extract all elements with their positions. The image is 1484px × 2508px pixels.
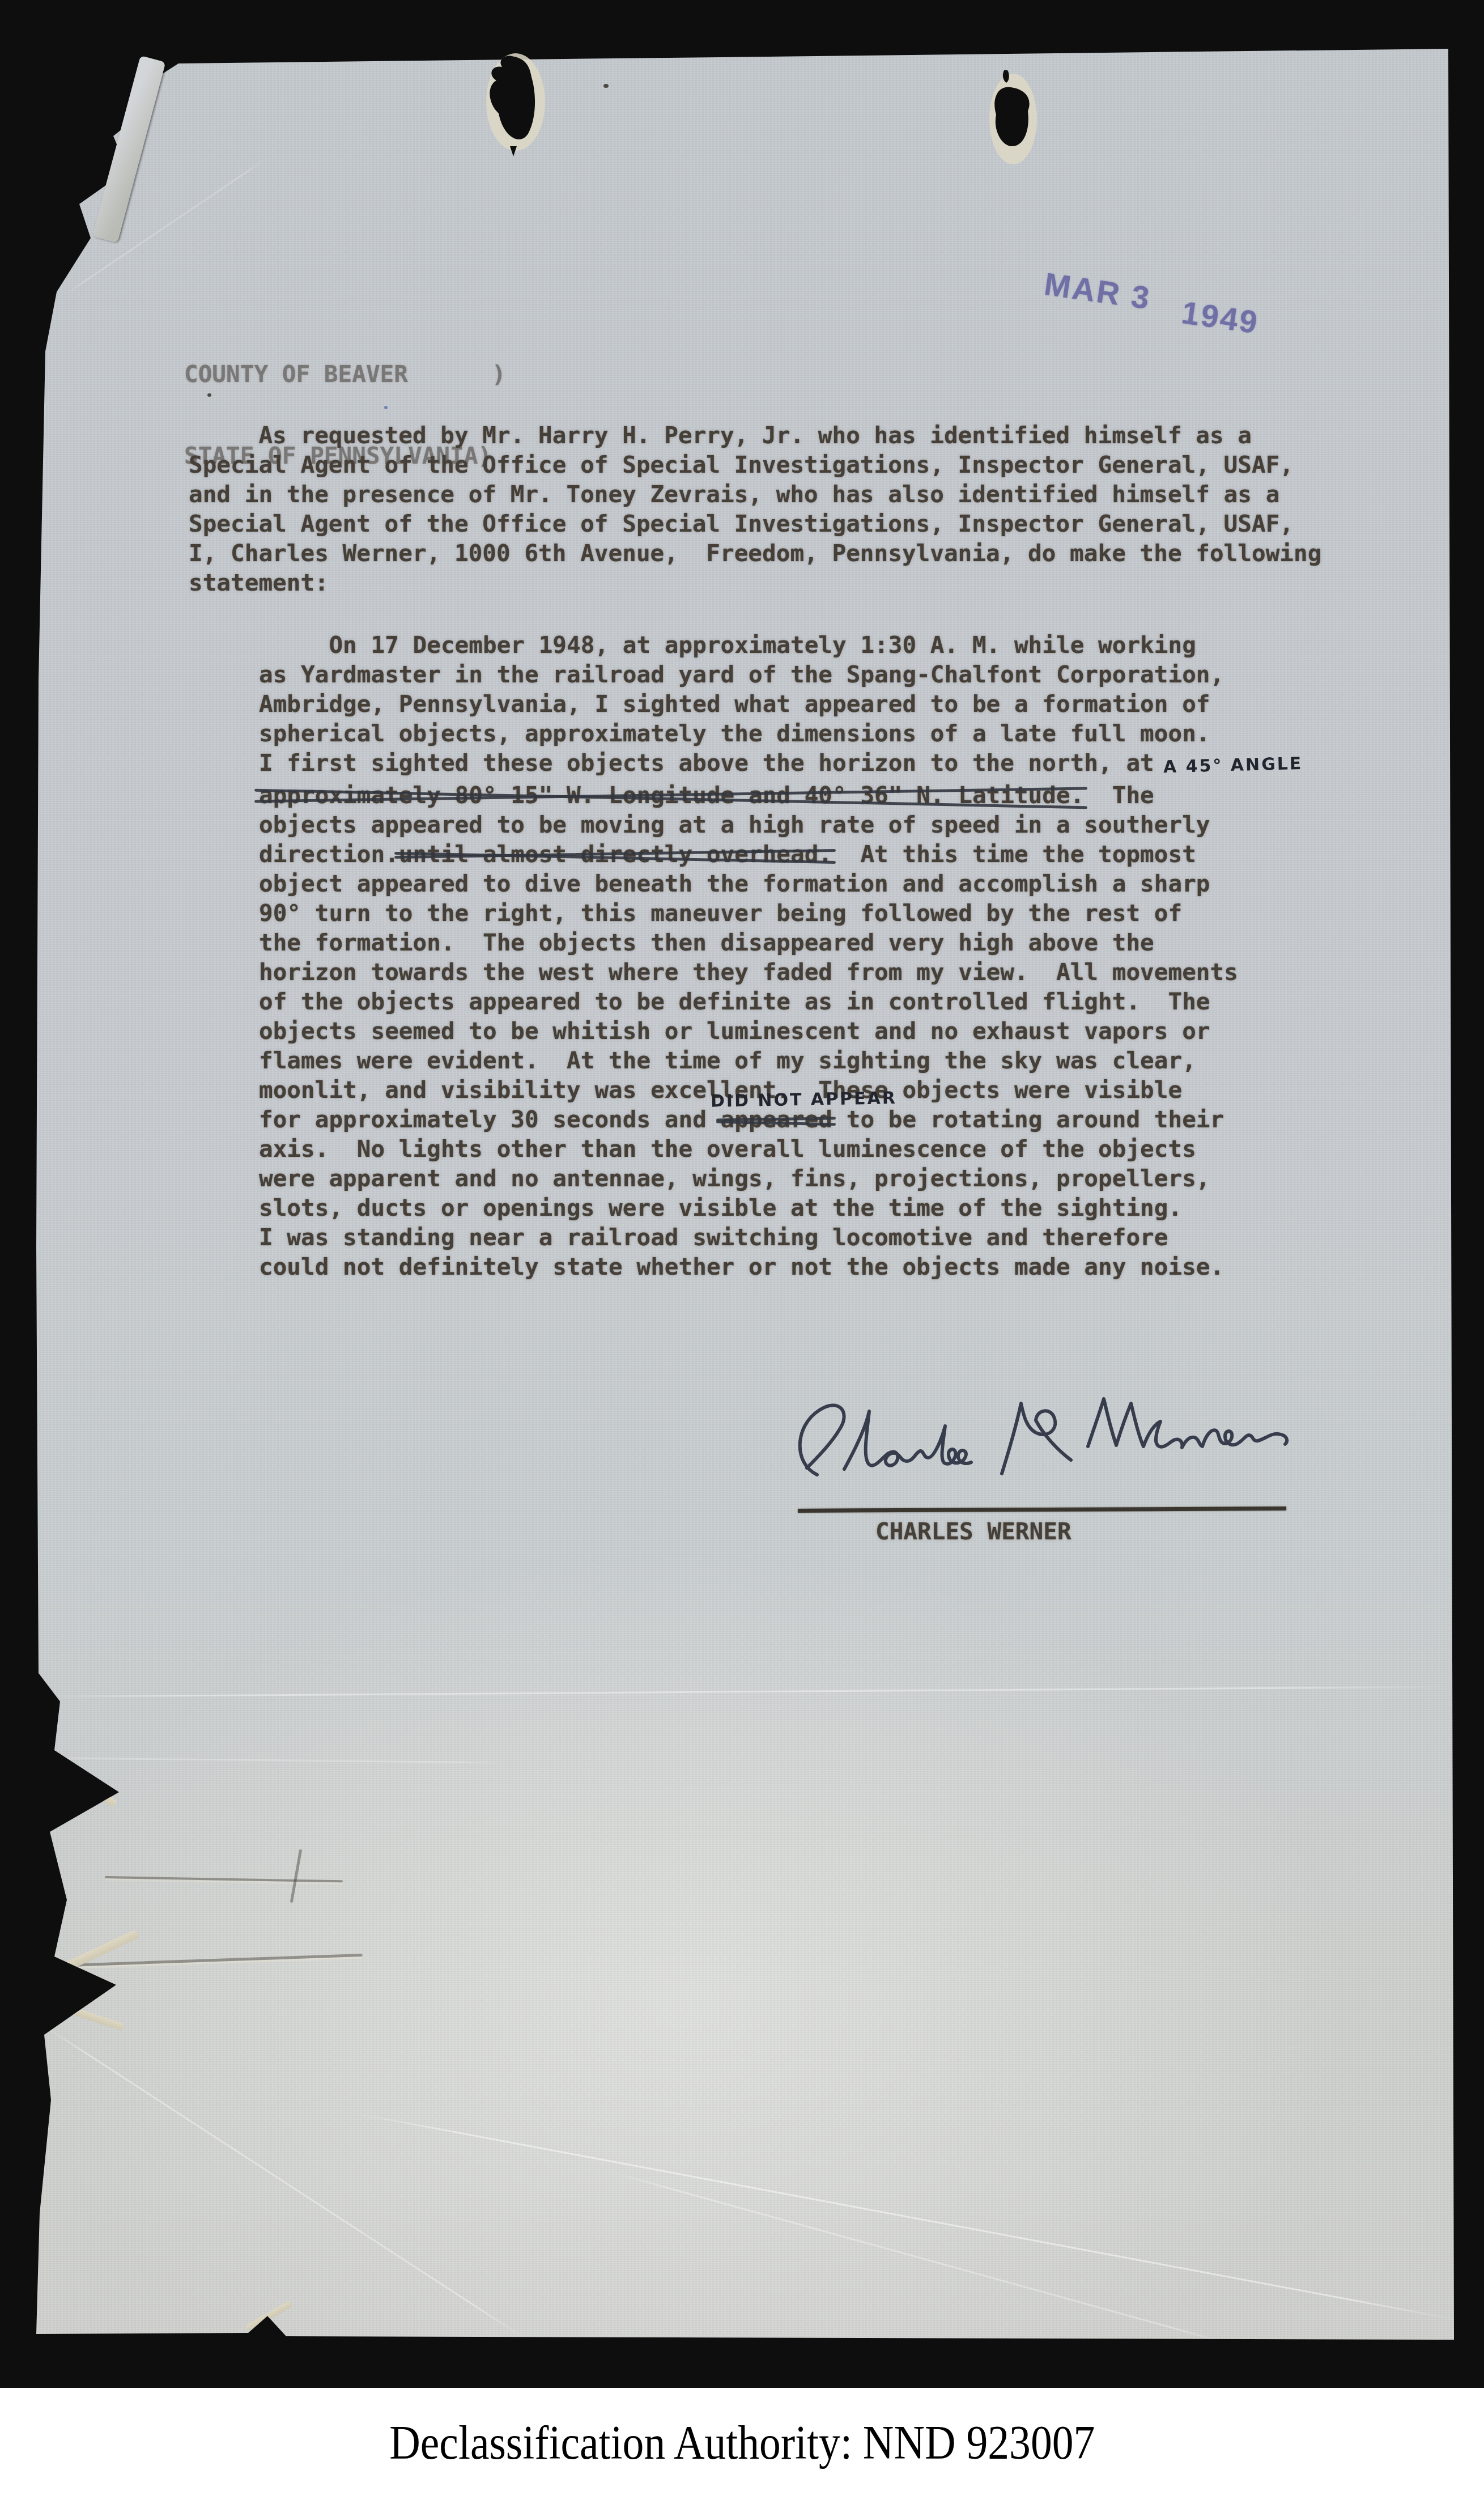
statement-line: objects seemed to be whitish or luminesc… — [259, 1016, 1303, 1046]
typed-text: flames were evident. At the time of my s… — [259, 1047, 1196, 1074]
crease-line — [609, 2171, 1232, 2345]
intro-line: Special Agent of the Office of Special I… — [189, 450, 1321, 479]
stamp-date: MAR 3 — [1042, 266, 1153, 316]
crease-line — [39, 2022, 525, 2339]
torn-edge-highlight — [245, 2300, 293, 2331]
statement-line: could not definitely state whether or no… — [259, 1252, 1303, 1281]
paper-speck — [603, 84, 609, 88]
crease-line — [63, 159, 266, 296]
statement-line: horizon towards the west where they fade… — [259, 957, 1303, 987]
struck-text: appearedDID NOT APPEAR — [721, 1105, 832, 1134]
statement-line: object appeared to dive beneath the form… — [259, 869, 1303, 898]
statement-line: objects appeared to be moving at a high … — [259, 810, 1303, 839]
statement-line: direction.until almost directly overhead… — [259, 839, 1303, 869]
intro-line: I, Charles Werner, 1000 6th Avenue, Free… — [189, 538, 1321, 568]
date-stamp: MAR 31949 — [1042, 265, 1262, 332]
statement-line: were apparent and no antennae, wings, fi… — [259, 1164, 1303, 1193]
typed-text: as Yardmaster in the railroad yard of th… — [259, 661, 1224, 688]
stamp-year: 1949 — [1180, 294, 1261, 340]
signature-typed-name: CHARLES WERNER — [875, 1517, 1071, 1546]
signature-script — [777, 1378, 1299, 1514]
statement-line: as Yardmaster in the railroad yard of th… — [259, 660, 1303, 689]
statement-paragraph: On 17 December 1948, at approximately 1:… — [259, 630, 1303, 1281]
typed-text: The — [1084, 782, 1154, 809]
typed-text: axis. No lights other than the overall l… — [259, 1135, 1196, 1162]
typed-text: slots, ducts or openings were visible at… — [259, 1194, 1182, 1221]
statement-line: Ambridge, Pennsylvania, I sighted what a… — [259, 689, 1303, 719]
handwritten-annotation: DID NOT APPEAR — [710, 1084, 897, 1117]
torn-edge-highlight — [53, 1759, 118, 1808]
typed-text: At this time the topmost — [832, 841, 1196, 868]
paper-sheet: COUNTY OF BEAVER ) STATE OF PENNSYLVANIA… — [0, 0, 1484, 2508]
declassification-caption: Declassification Authority: NND 923007 — [389, 2417, 1095, 2469]
ink-speck — [384, 406, 388, 409]
tear-crack — [105, 1876, 343, 1882]
statement-line: of the objects appeared to be definite a… — [259, 987, 1303, 1016]
typed-text: could not definitely state whether or no… — [259, 1253, 1224, 1280]
punch-hole — [481, 51, 554, 159]
torn-edge-highlight — [59, 1929, 140, 1974]
statement-line: flames were evident. At the time of my s… — [259, 1046, 1303, 1075]
typed-text: the formation. The objects then disappea… — [259, 929, 1154, 956]
statement-line: 90° turn to the right, this maneuver bei… — [259, 898, 1303, 928]
typed-text: direction. — [259, 841, 399, 868]
typed-text: I first sighted these objects above the … — [259, 749, 1154, 776]
tear-crack — [68, 1954, 363, 1967]
statement-line: spherical objects, approximately the dim… — [259, 719, 1303, 748]
crease-line — [40, 1686, 1445, 1698]
typed-text: horizon towards the west where they fade… — [259, 958, 1238, 986]
statement-line: the formation. The objects then disappea… — [259, 928, 1303, 957]
typed-text: object appeared to dive beneath the form… — [259, 870, 1210, 897]
typed-text: On 17 December 1948, at approximately 1:… — [259, 631, 1196, 659]
typed-text: spherical objects, approximately the dim… — [259, 720, 1210, 747]
intro-line: statement: — [189, 568, 1321, 597]
statement-line: approximately 80° 15" W. Longitude and 4… — [259, 780, 1303, 810]
typed-text: Ambridge, Pennsylvania, I sighted what a… — [259, 690, 1210, 718]
paper-speck — [207, 393, 211, 397]
typed-text: were apparent and no antennae, wings, fi… — [259, 1165, 1210, 1192]
statement-line: for approximately 30 seconds and appeare… — [259, 1105, 1303, 1134]
punch-hole — [979, 67, 1047, 169]
county-line: COUNTY OF BEAVER ) — [184, 360, 506, 388]
typed-text: objects seemed to be whitish or luminesc… — [259, 1017, 1210, 1045]
handwritten-annotation: A 45° ANGLE — [1163, 749, 1303, 782]
intro-line: As requested by Mr. Harry H. Perry, Jr. … — [189, 421, 1321, 450]
typed-text: objects appeared to be moving at a high … — [259, 811, 1210, 838]
crease-line — [40, 1757, 504, 1764]
declassification-strip: Declassification Authority: NND 923007 — [0, 2388, 1484, 2508]
typed-text: I was standing near a railroad switching… — [259, 1224, 1168, 1251]
statement-line: I was standing near a railroad switching… — [259, 1223, 1303, 1252]
tear-crack — [290, 1849, 302, 1903]
statement-line: On 17 December 1948, at approximately 1:… — [259, 630, 1303, 660]
intro-line: and in the presence of Mr. Toney Zevrais… — [189, 479, 1321, 509]
scanned-document: COUNTY OF BEAVER ) STATE OF PENNSYLVANIA… — [0, 0, 1484, 2508]
struck-text: until almost directly overhead. — [399, 839, 832, 869]
torn-edge-highlight — [68, 2006, 124, 2031]
typed-text: 90° turn to the right, this maneuver bei… — [259, 899, 1182, 927]
crease-line — [351, 2112, 1460, 2321]
typed-text: of the objects appeared to be definite a… — [259, 988, 1210, 1015]
intro-paragraph: As requested by Mr. Harry H. Perry, Jr. … — [189, 421, 1321, 597]
statement-line: axis. No lights other than the overall l… — [259, 1134, 1303, 1164]
statement-line: slots, ducts or openings were visible at… — [259, 1193, 1303, 1223]
statement-line: I first sighted these objects above the … — [259, 748, 1303, 780]
intro-line: Special Agent of the Office of Special I… — [189, 509, 1321, 538]
typed-text: for approximately 30 seconds and — [259, 1106, 721, 1133]
struck-text: approximately 80° 15" W. Longitude and 4… — [259, 780, 1084, 810]
